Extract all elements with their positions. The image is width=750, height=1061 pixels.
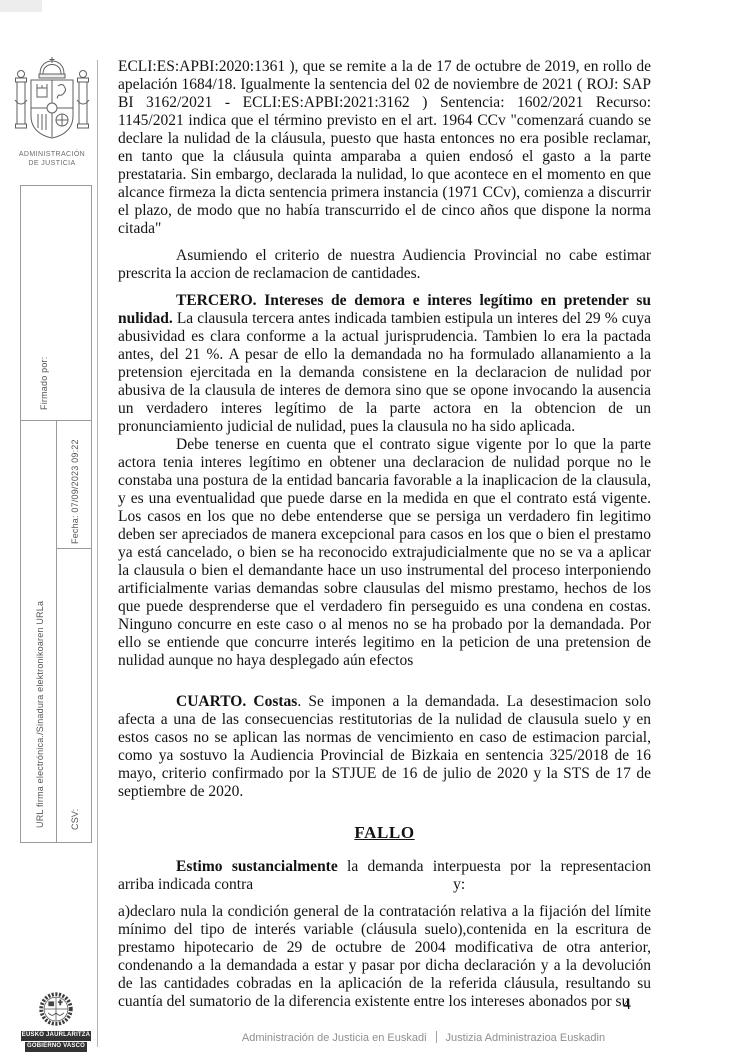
para-asumiendo: Asumiendo el criterio de nuestra Audienc… — [118, 247, 651, 283]
judgment-paragraphs: ECLI:ES:APBI:2020:1361 ), que se remite … — [118, 58, 651, 1011]
electronic-signature-stamp: Firmado por: URL firma electrónica./Sina… — [20, 185, 92, 843]
admin-label-line2: DE JUSTICIA — [12, 159, 92, 168]
signature-url-label: URL firma electrónica./Sinadura elektron… — [35, 601, 45, 828]
scan-artifact — [0, 0, 42, 12]
sidebar-divider-line — [97, 60, 98, 1047]
bold-text-run: CUARTO. Costas — [176, 693, 297, 710]
footer-text-spanish: Administración de Justicia en Euskadi — [242, 1032, 427, 1044]
para-cuarto: CUARTO. Costas. Se imponen a la demandad… — [118, 693, 651, 801]
signed-by-label: Firmado por: — [39, 357, 49, 410]
basque-government-logo: EUSKO JAURLARITZA GOBIERNO VASCO — [18, 990, 94, 1052]
footer-text-basque: Justizia Administrazioa Euskadin — [446, 1032, 606, 1044]
para-declaro: a)declaro nula la condición general de l… — [118, 903, 651, 1011]
text-run: Asumiendo el criterio de nuestra Audienc… — [118, 247, 651, 282]
eusko-jaurlaritza-banner: EUSKO JAURLARITZA — [21, 1031, 91, 1041]
admin-label-line1: ADMINISTRACIÓN — [12, 150, 92, 159]
spain-coat-of-arms-logo: ADMINISTRACIÓN DE JUSTICIA — [12, 56, 92, 168]
para-debe-tenerse: Debe tenerse en cuenta que el contrato s… — [118, 436, 651, 670]
para-ecli: ECLI:ES:APBI:2020:1361 ), que se remite … — [118, 58, 651, 238]
signature-date-label: Fecha: 07/09/2023 09:22 — [70, 439, 80, 544]
footer-divider — [436, 1031, 437, 1043]
heading-fallo: FALLO — [118, 824, 651, 843]
para-tercero: TERCERO. Intereses de demora e interes l… — [118, 292, 651, 436]
gobierno-vasco-banner: GOBIERNO VASCO — [25, 1042, 87, 1052]
bold-text-run: FALLO — [354, 823, 414, 842]
spain-coat-of-arms-icon — [14, 56, 90, 148]
basque-government-emblem-icon — [35, 990, 77, 1030]
redacted-gap — [253, 888, 453, 889]
csv-box: CSV: — [57, 549, 91, 842]
text-run: y: — [453, 876, 465, 893]
signature-date-box: Fecha: 07/09/2023 09:22 — [57, 421, 91, 549]
text-run: a)declaro nula la condición general de l… — [118, 903, 651, 1010]
signature-url-box: URL firma electrónica./Sinadura elektron… — [21, 421, 57, 842]
judgment-scanned-page: ADMINISTRACIÓN DE JUSTICIA Firmado por: … — [0, 0, 750, 1061]
text-run: La clausula tercera antes indicada tambi… — [118, 310, 651, 435]
csv-label: CSV: — [70, 809, 80, 830]
administracion-de-justicia-label: ADMINISTRACIÓN DE JUSTICIA — [12, 150, 92, 168]
text-run: Debe tenerse en cuenta que el contrato s… — [118, 436, 651, 669]
page-footer: Administración de Justicia en EuskadiJus… — [97, 1031, 750, 1044]
judgment-text-column: ECLI:ES:APBI:2020:1361 ), que se remite … — [118, 58, 651, 1011]
bold-text-run: Estimo sustancialmente — [176, 858, 338, 875]
para-estimo: Estimo sustancialmente la demanda interp… — [118, 858, 651, 894]
text-run: ECLI:ES:APBI:2020:1361 ), que se remite … — [118, 58, 651, 237]
page-number: 4 — [612, 996, 642, 1014]
signed-by-box: Firmado por: — [21, 186, 91, 421]
